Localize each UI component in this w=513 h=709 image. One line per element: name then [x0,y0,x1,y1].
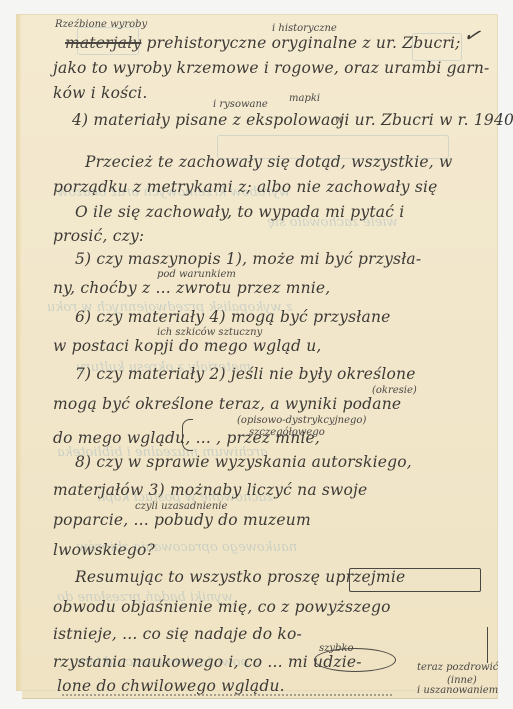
manuscript-line-16: 8) czy w sprawie wyzyskania autorskiego, [75,453,412,471]
manuscript-line-24: lone do chwilowego wglądu. [57,677,285,695]
manuscript-line-14: mogą być określone teraz, a wyniki podan… [53,395,401,413]
manuscript-line-19: lwowskiego? [53,541,155,559]
manuscript-line-4: 4) materiały pisane z ekspolowacji ur. Z… [72,111,513,129]
manuscript-line-13: 7) czy materiały 2) jeśli nie były okreś… [75,365,416,383]
right-margin-note-3: i uszanowaniem [417,685,498,696]
manuscript-line-2: jako to wyroby krzemowe i rogowe, oraz u… [53,59,489,77]
bracket-mark [182,419,193,451]
circled-insert-mark [314,648,396,672]
manuscript-line-12: w postaci kopji do mego wgląd u, [53,337,322,355]
right-margin-note-2: teraz pozdrowić [417,662,498,673]
boxed-phrase-mark [349,568,481,592]
manuscript-line-8: prosić, czy: [53,227,144,245]
insert-above-line-4-a: i rysowane [213,99,268,110]
manuscript-line-5: Przecież te zachowały się dotąd, wszystk… [85,153,453,171]
manuscript-line-11: 6) czy materiały 4) mogą być przysłane [75,308,391,326]
insert-above-line-1-mid: i historyczne [272,23,337,34]
manuscript-line-3: ków i kości. [53,84,147,102]
manuscript-line-21: obwodu objaśnienie mię, co z powyższego [53,598,391,616]
manuscript-line-6: porządku z metrykami z; albo nie zachowa… [53,178,438,196]
page-edge-stain [17,15,22,690]
insert-above-line-1-left: Rzeźbione wyroby [55,19,147,30]
insert-above-line-15-a: (opisowo-dystrykcyjnego) [237,415,366,426]
margin-bracket-mark [479,627,488,663]
manuscript-line-7: O ile się zachowały, to wypada mi pytać … [75,203,404,221]
manuscript-line-22: istnieje, ... co się nadaje do ko- [53,625,302,643]
manuscript-line-1: materjały 3) materiały prehistoryczne or… [65,34,461,52]
insert-above-line-4-b: mapki [289,93,320,104]
manuscript-page: wyrobów krzemowych oraz okazów wiele zac… [17,15,497,690]
manuscript-line-18: poparcie, ... pobudy do muzeum [53,511,311,529]
manuscript-line-10: ny, choćby z ... zwrotu przez mnie, [53,279,330,297]
manuscript-line-17: materjałów 3) możnaby liczyć na swoje [53,481,367,499]
manuscript-line-9: 5) czy maszynopis 1), może mi być przysł… [75,250,421,268]
scanned-document: wyrobów krzemowych oraz okazów wiele zac… [0,0,513,709]
